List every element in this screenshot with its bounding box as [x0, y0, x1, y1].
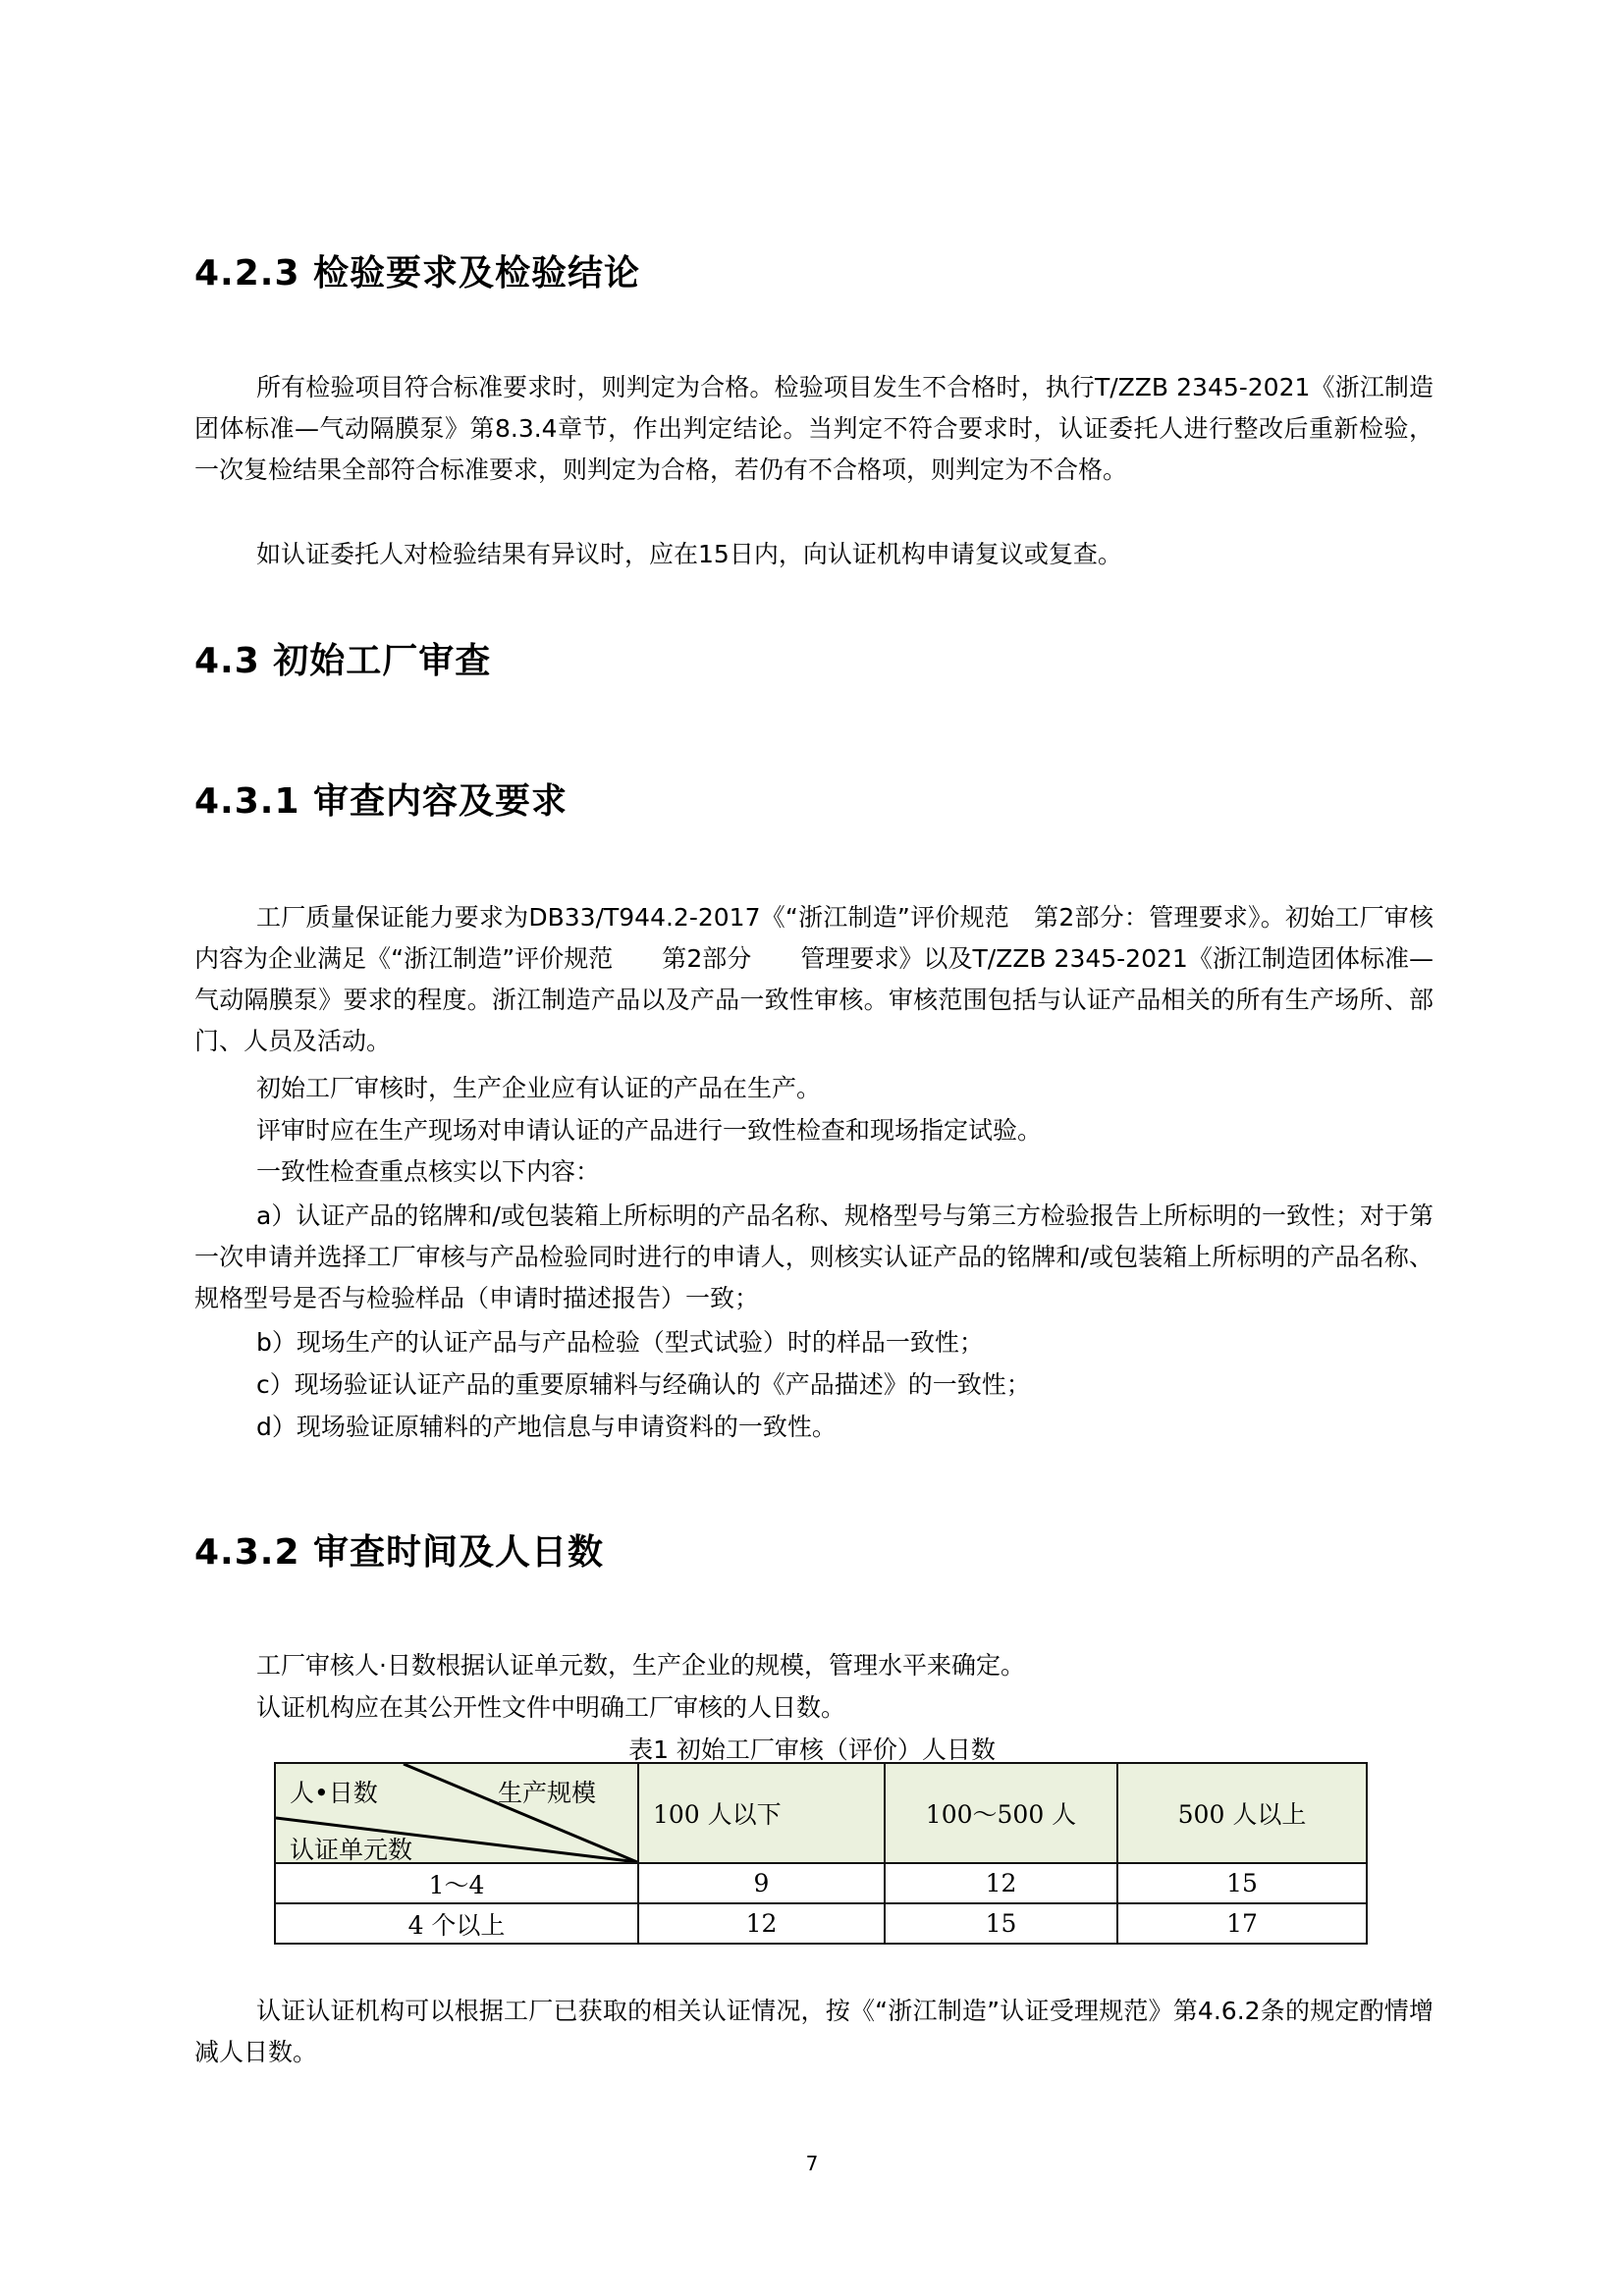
document-page: 4.2.3 检验要求及检验结论 所有检验项目符合标准要求时，则判定为合格。检验项… — [0, 0, 1624, 2296]
paragraph-adjust-person-days: 认证认证机构可以根据工厂已获取的相关认证情况，按《“浙江制造”认证受理规范》第4… — [194, 1991, 1434, 2073]
heading-4-2-3: 4.2.3 检验要求及检验结论 — [194, 245, 640, 295]
column-header: 500 人以上 — [1117, 1763, 1367, 1863]
person-days-table: 人•日数 生产规模 认证单元数 100 人以下 100～500 人 500 人以… — [274, 1762, 1368, 1945]
paragraph-onsite-check: 评审时应在生产现场对申请认证的产品进行一致性检查和现场指定试验。 — [256, 1111, 1042, 1147]
corner-label-person-days: 人•日数 — [290, 1774, 378, 1809]
table-header-row: 人•日数 生产规模 认证单元数 100 人以下 100～500 人 500 人以… — [275, 1763, 1367, 1863]
paragraph-appeal: 如认证委托人对检验结果有异议时，应在15日内，向认证机构申请复议或复查。 — [256, 535, 1122, 570]
paragraph-audit-content: 工厂质量保证能力要求为DB33/T944.2-2017《“浙江制造”评价规范 第… — [194, 897, 1434, 1062]
paragraph-person-days-basis: 工厂审核人·日数根据认证单元数，生产企业的规模，管理水平来确定。 — [256, 1646, 1025, 1682]
table-cell: 12 — [885, 1863, 1117, 1903]
paragraph-production-requirement: 初始工厂审核时，生产企业应有认证的产品在生产。 — [256, 1069, 821, 1104]
list-item-a: a）认证产品的铭牌和/或包装箱上所标明的产品名称、规格型号与第三方检验报告上所标… — [194, 1196, 1434, 1319]
paragraph-consistency-intro: 一致性检查重点核实以下内容： — [256, 1152, 600, 1188]
table-cell: 15 — [1117, 1863, 1367, 1903]
table-cell: 17 — [1117, 1903, 1367, 1944]
table-row: 1～4 9 12 15 — [275, 1863, 1367, 1903]
table-corner-cell: 人•日数 生产规模 认证单元数 — [275, 1763, 638, 1863]
column-header: 100 人以下 — [638, 1763, 885, 1863]
table-caption: 表1 初始工厂审核（评价）人日数 — [0, 1731, 1624, 1766]
table-cell: 12 — [638, 1903, 885, 1944]
table-row: 4 个以上 12 15 17 — [275, 1903, 1367, 1944]
heading-4-3: 4.3 初始工厂审查 — [194, 633, 491, 683]
table-cell: 9 — [638, 1863, 885, 1903]
heading-4-3-1: 4.3.1 审查内容及要求 — [194, 774, 568, 824]
paragraph-public-documents: 认证机构应在其公开性文件中明确工厂审核的人日数。 — [256, 1688, 845, 1724]
list-item-d: d）现场验证原辅料的产地信息与申请资料的一致性。 — [256, 1408, 837, 1443]
page-number: 7 — [0, 2152, 1624, 2175]
row-label: 4 个以上 — [275, 1903, 638, 1944]
row-label: 1～4 — [275, 1863, 638, 1903]
heading-4-3-2: 4.3.2 审查时间及人日数 — [194, 1524, 604, 1575]
paragraph-inspection-judgement: 所有检验项目符合标准要求时，则判定为合格。检验项目发生不合格时，执行T/ZZB … — [194, 367, 1434, 491]
list-item-b: b）现场生产的认证产品与产品检验（型式试验）时的样品一致性； — [256, 1323, 984, 1359]
column-header: 100～500 人 — [885, 1763, 1117, 1863]
list-item-c: c）现场验证认证产品的重要原辅料与经确认的《产品描述》的一致性； — [256, 1365, 1031, 1401]
corner-label-production-scale: 生产规模 — [498, 1774, 596, 1809]
table-cell: 15 — [885, 1903, 1117, 1944]
corner-label-cert-units: 认证单元数 — [290, 1831, 412, 1866]
